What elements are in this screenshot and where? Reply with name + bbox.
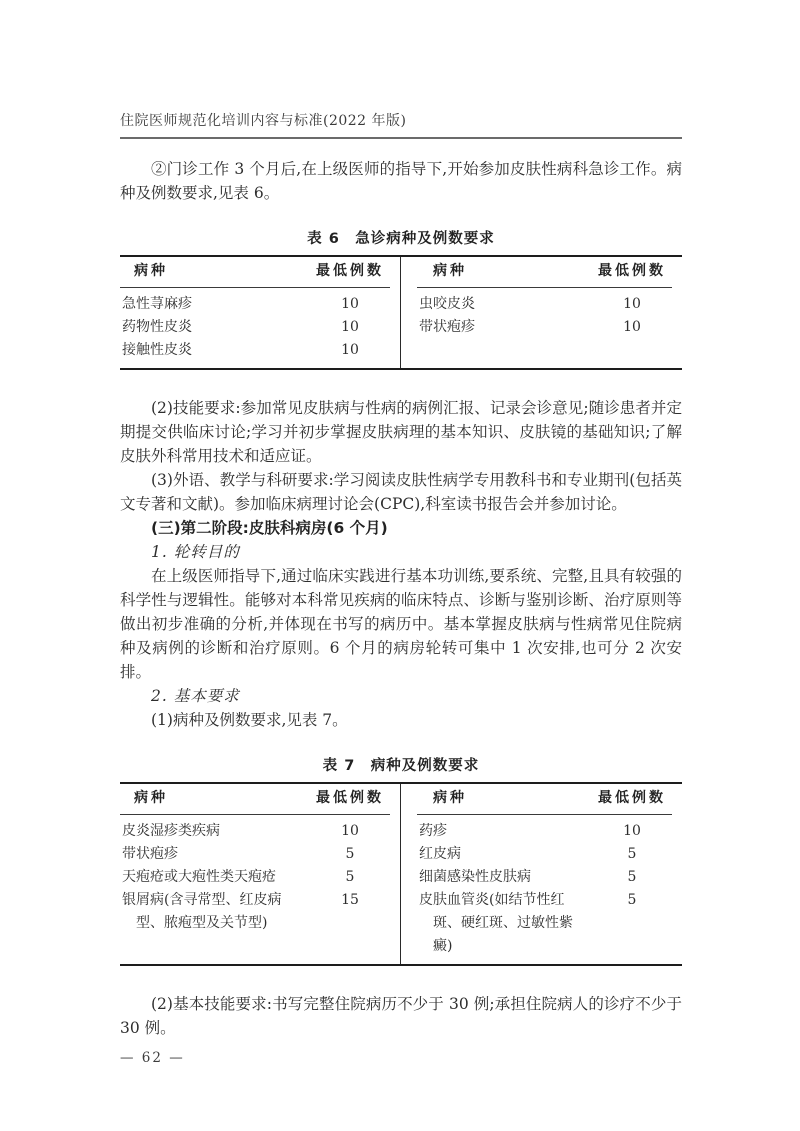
- disease-name: 天疱疮或大疱性类天疱疮: [134, 866, 310, 889]
- basic-requirements-heading: 2. 基本要求: [120, 684, 682, 708]
- table-row: 银屑病(含寻常型、红皮病型、脓疱型及关节型) 15: [120, 889, 390, 935]
- min-cases-value: 5: [592, 843, 672, 866]
- table-row: 带状疱疹 5: [120, 843, 390, 866]
- paragraph-skill-requirements: (2)技能要求:参加常见皮肤病与性病的病例汇报、记录会诊意见;随诊患者并定期提交…: [120, 396, 682, 468]
- table6-body: 病种 最低例数 急性荨麻疹 10 药物性皮炎 10 接触性皮炎: [120, 255, 682, 370]
- table-row: 带状疱疹 10: [417, 316, 672, 339]
- min-cases-value: 10: [310, 316, 390, 339]
- min-cases-value: 10: [310, 820, 390, 843]
- disease-name: 银屑病(含寻常型、红皮病型、脓疱型及关节型): [134, 889, 310, 935]
- table7-title: 表 7 病种及例数要求: [120, 754, 682, 775]
- page-number: — 62 —: [120, 1050, 682, 1066]
- min-cases-value: 5: [310, 866, 390, 889]
- paragraph-basic-skill-requirement: (2)基本技能要求:书写完整住院病历不少于 30 例;承担住院病人的诊疗不少于 …: [120, 992, 682, 1040]
- column-header-disease: 病种: [134, 787, 310, 810]
- paragraph-foreign-teaching-research: (3)外语、教学与科研要求:学习阅读皮肤性病学专用教科书和专业期刊(包括英文专著…: [120, 468, 682, 516]
- table6-title: 表 6 急诊病种及例数要求: [120, 227, 682, 248]
- table-row: 皮炎湿疹类疾病 10: [120, 820, 390, 843]
- table7-left-header-row: 病种 最低例数: [120, 784, 390, 815]
- table7-right-half: 病种 最低例数 药疹 10 红皮病 5 细菌感染性皮肤病: [401, 784, 682, 964]
- paragraph-disease-case-requirement: (1)病种及例数要求,见表 7。: [120, 708, 682, 732]
- disease-name: 药疹: [431, 820, 592, 843]
- table-row: 红皮病 5: [417, 843, 672, 866]
- rotation-purpose-heading: 1. 轮转目的: [120, 540, 682, 564]
- table6-left-header-row: 病种 最低例数: [120, 257, 390, 288]
- min-cases-value: 15: [310, 889, 390, 912]
- disease-name: 带状疱疹: [134, 843, 310, 866]
- stage-two-heading: (三)第二阶段:皮肤科病房(6 个月): [120, 516, 682, 540]
- table-row: 接触性皮炎 10: [120, 339, 390, 362]
- min-cases-value: 10: [310, 293, 390, 316]
- table7-left-rows: 皮炎湿疹类疾病 10 带状疱疹 5 天疱疮或大疱性类天疱疮 5 银屑病(含寻: [120, 815, 390, 941]
- disease-name: 细菌感染性皮肤病: [431, 866, 592, 889]
- table7-right-rows: 药疹 10 红皮病 5 细菌感染性皮肤病 5 皮肤血管炎(如结节性红斑、硬红: [417, 815, 672, 964]
- table7-right-header-row: 病种 最低例数: [417, 784, 672, 815]
- table6-left-half: 病种 最低例数 急性荨麻疹 10 药物性皮炎 10 接触性皮炎: [120, 257, 401, 368]
- table7: 表 7 病种及例数要求 病种 最低例数 皮炎湿疹类疾病 10 带状疱疹: [120, 754, 682, 966]
- paragraph-rotation-purpose: 在上级医师指导下,通过临床实践进行基本功训练,要系统、完整,且具有较强的科学性与…: [120, 564, 682, 684]
- min-cases-value: 10: [592, 316, 672, 339]
- table-row: 急性荨麻疹 10: [120, 293, 390, 316]
- column-header-min-cases: 最低例数: [310, 260, 390, 283]
- disease-name: 皮肤血管炎(如结节性红斑、硬红斑、过敏性紫癜): [431, 889, 592, 958]
- disease-name: 接触性皮炎: [134, 339, 310, 362]
- min-cases-value: 5: [592, 889, 672, 912]
- paragraph-outpatient-intro: ②门诊工作 3 个月后,在上级医师的指导下,开始参加皮肤性病科急诊工作。病种及例…: [120, 157, 682, 205]
- disease-name: 皮炎湿疹类疾病: [134, 820, 310, 843]
- page-content: 住院医师规范化培训内容与标准(2022 年版) ②门诊工作 3 个月后,在上级医…: [120, 112, 682, 1066]
- table-row: 天疱疮或大疱性类天疱疮 5: [120, 866, 390, 889]
- disease-name: 药物性皮炎: [134, 316, 310, 339]
- min-cases-value: 5: [310, 843, 390, 866]
- running-head-rule: [120, 137, 682, 139]
- min-cases-value: 5: [592, 866, 672, 889]
- column-header-disease: 病种: [431, 260, 592, 283]
- table6-right-half: 病种 最低例数 虫咬皮炎 10 带状疱疹 10: [401, 257, 682, 368]
- disease-name: 带状疱疹: [431, 316, 592, 339]
- table6-right-rows: 虫咬皮炎 10 带状疱疹 10: [417, 288, 672, 345]
- min-cases-value: 10: [592, 293, 672, 316]
- table-row: 细菌感染性皮肤病 5: [417, 866, 672, 889]
- min-cases-value: 10: [592, 820, 672, 843]
- table-row: 虫咬皮炎 10: [417, 293, 672, 316]
- column-header-disease: 病种: [134, 260, 310, 283]
- disease-name: 急性荨麻疹: [134, 293, 310, 316]
- disease-name: 虫咬皮炎: [431, 293, 592, 316]
- column-header-disease: 病种: [431, 787, 592, 810]
- table-row: 皮肤血管炎(如结节性红斑、硬红斑、过敏性紫癜) 5: [417, 889, 672, 958]
- column-header-min-cases: 最低例数: [592, 260, 672, 283]
- disease-name: 红皮病: [431, 843, 592, 866]
- table6-left-rows: 急性荨麻疹 10 药物性皮炎 10 接触性皮炎 10: [120, 288, 390, 368]
- table6: 表 6 急诊病种及例数要求 病种 最低例数 急性荨麻疹 10 药物性皮炎: [120, 227, 682, 370]
- table-row: 药疹 10: [417, 820, 672, 843]
- running-head: 住院医师规范化培训内容与标准(2022 年版): [120, 112, 682, 130]
- table-row: 药物性皮炎 10: [120, 316, 390, 339]
- min-cases-value: 10: [310, 339, 390, 362]
- column-header-min-cases: 最低例数: [310, 787, 390, 810]
- document-page: 住院医师规范化培训内容与标准(2022 年版) ②门诊工作 3 个月后,在上级医…: [0, 0, 800, 1131]
- table7-left-half: 病种 最低例数 皮炎湿疹类疾病 10 带状疱疹 5 天疱疮或大: [120, 784, 401, 964]
- column-header-min-cases: 最低例数: [592, 787, 672, 810]
- table7-body: 病种 最低例数 皮炎湿疹类疾病 10 带状疱疹 5 天疱疮或大: [120, 782, 682, 966]
- table6-right-header-row: 病种 最低例数: [417, 257, 672, 288]
